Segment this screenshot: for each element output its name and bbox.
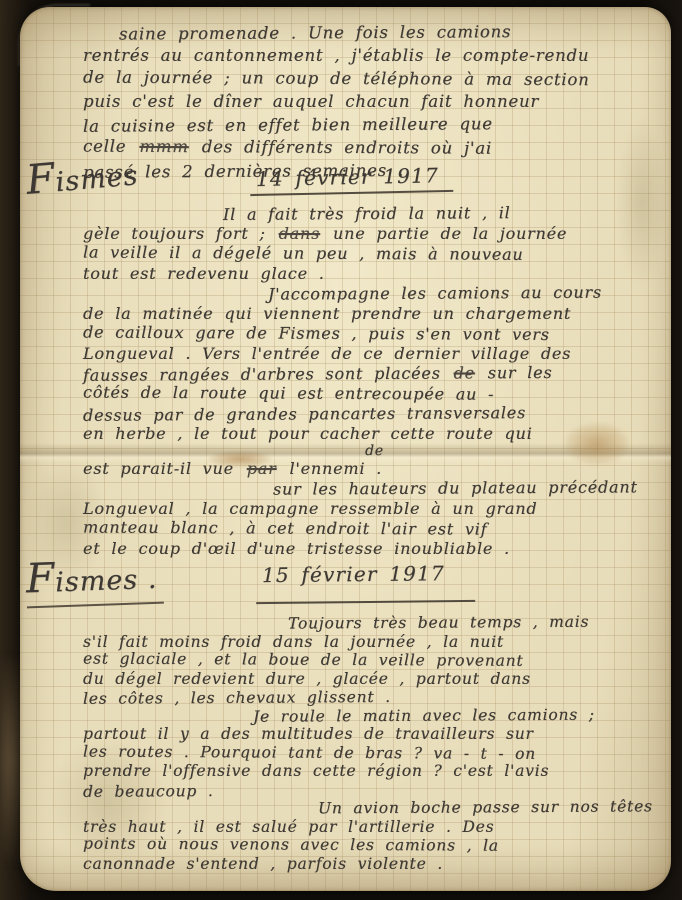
- handwriting-line: s'il fait moins froid dans la journée , …: [83, 633, 658, 652]
- handwriting-line: rentrés au cantonnement , j'établis le c…: [83, 44, 648, 67]
- handwriting-line: du dégel redevient dure , glacée , parto…: [83, 670, 658, 689]
- margin-place-note: Fismes .: [25, 550, 164, 609]
- handwriting-line: en herbe , le tout pour cacher cette rou…: [83, 424, 658, 444]
- handwriting-line: est parait-il vue par l'ennemi .: [83, 459, 658, 479]
- handwriting-line: manteau blanc , à cet endroit l'air est …: [83, 517, 658, 540]
- handwriting-line: de la journée ; un coup de téléphone à m…: [83, 66, 648, 92]
- diary-continuation-paragraph: saine promenade . Une fois les camionsre…: [83, 21, 648, 182]
- handwriting-line: points où nous venons avec les camions ,…: [83, 834, 658, 856]
- notebook-page: saine promenade . Une fois les camionsre…: [20, 7, 671, 891]
- struck-word: dans: [279, 224, 321, 243]
- handwriting-line: de la matinée qui viennent prendre un ch…: [83, 304, 658, 324]
- struck-word: de: [454, 363, 475, 382]
- handwriting-line: tout est redevenu glace .: [83, 264, 658, 284]
- handwriting-line: Je roule le matin avec les camions ;: [83, 705, 658, 727]
- diary-paragraph: Il a fait très froid la nuit , ilgèle to…: [83, 204, 658, 284]
- diary-paragraph: Je roule le matin avec les camions ;part…: [83, 707, 658, 800]
- handwriting-line: la veille il a dégelé un peu , mais à no…: [83, 242, 658, 265]
- handwriting-line: Il a fait très froid la nuit , il: [83, 202, 658, 226]
- handwriting-line: puis c'est le dîner auquel chacun fait h…: [83, 90, 648, 113]
- handwriting-line: est glaciale , et la boue de la veille p…: [83, 649, 658, 671]
- handwriting-line: canonnade s'entend , parfois violente .: [83, 855, 658, 874]
- scanned-diary-photo: saine promenade . Une fois les camionsre…: [0, 0, 682, 900]
- handwriting-line: Longueval . Vers l'entrée de ce dernier …: [83, 344, 658, 364]
- diary-paragraph: Un avion boche passe sur nos têtestrès h…: [83, 799, 658, 873]
- struck-word: mmm: [139, 137, 188, 156]
- handwriting-line: partout il y a des multitudes de travail…: [83, 725, 658, 744]
- handwriting-line: dessus par de grandes pancartes transver…: [83, 402, 658, 426]
- margin-place-note: Fismes: [24, 146, 140, 204]
- handwriting-line: sur les hauteurs du plateau précédant: [83, 477, 658, 501]
- handwriting-line: de cailloux gare de Fismes , puis s'en v…: [83, 322, 658, 345]
- handwriting-line: gèle toujours fort ; dans une partie de …: [83, 224, 658, 244]
- diary-entry-14-feb: Il a fait très froid la nuit , ilgèle to…: [83, 204, 658, 559]
- inserted-word: de: [83, 442, 658, 460]
- handwriting-line: J'accompagne les camions au cours: [83, 282, 658, 306]
- handwriting-line: Toujours très beau temps , mais: [83, 612, 658, 634]
- handwriting-line: prendre l'offensive dans cette région ? …: [83, 762, 658, 781]
- diary-paragraph: sur les hauteurs du plateau précédantLon…: [83, 479, 658, 559]
- struck-word: par: [247, 459, 277, 478]
- handwriting-line: Longueval , la campagne ressemble à un g…: [83, 499, 658, 519]
- handwriting-line: saine promenade . Une fois les camions: [83, 19, 648, 45]
- diary-entry-15-feb: Toujours très beau temps , maiss'il fait…: [83, 614, 658, 873]
- handwriting-line: Un avion boche passe sur nos têtes: [83, 797, 658, 819]
- diary-paragraph: Toujours très beau temps , maiss'il fait…: [83, 614, 658, 707]
- handwriting-line: celle mmm des différents endroits où j'a…: [83, 135, 648, 161]
- handwriting-line: et le coup d'œil d'une tristesse inoubli…: [83, 539, 658, 559]
- handwriting-line: la cuisine est en effet bien meilleure q…: [83, 111, 648, 137]
- handwriting-line: très haut , il est salué par l'artilleri…: [83, 818, 658, 837]
- diary-paragraph: J'accompagne les camions au coursde la m…: [83, 284, 658, 479]
- entry-date-heading: 14 février 1917: [250, 163, 454, 196]
- entry-date-heading: 15 février 1917: [256, 561, 475, 604]
- handwriting-line: les routes . Pourquoi tant de bras ? va …: [83, 742, 658, 764]
